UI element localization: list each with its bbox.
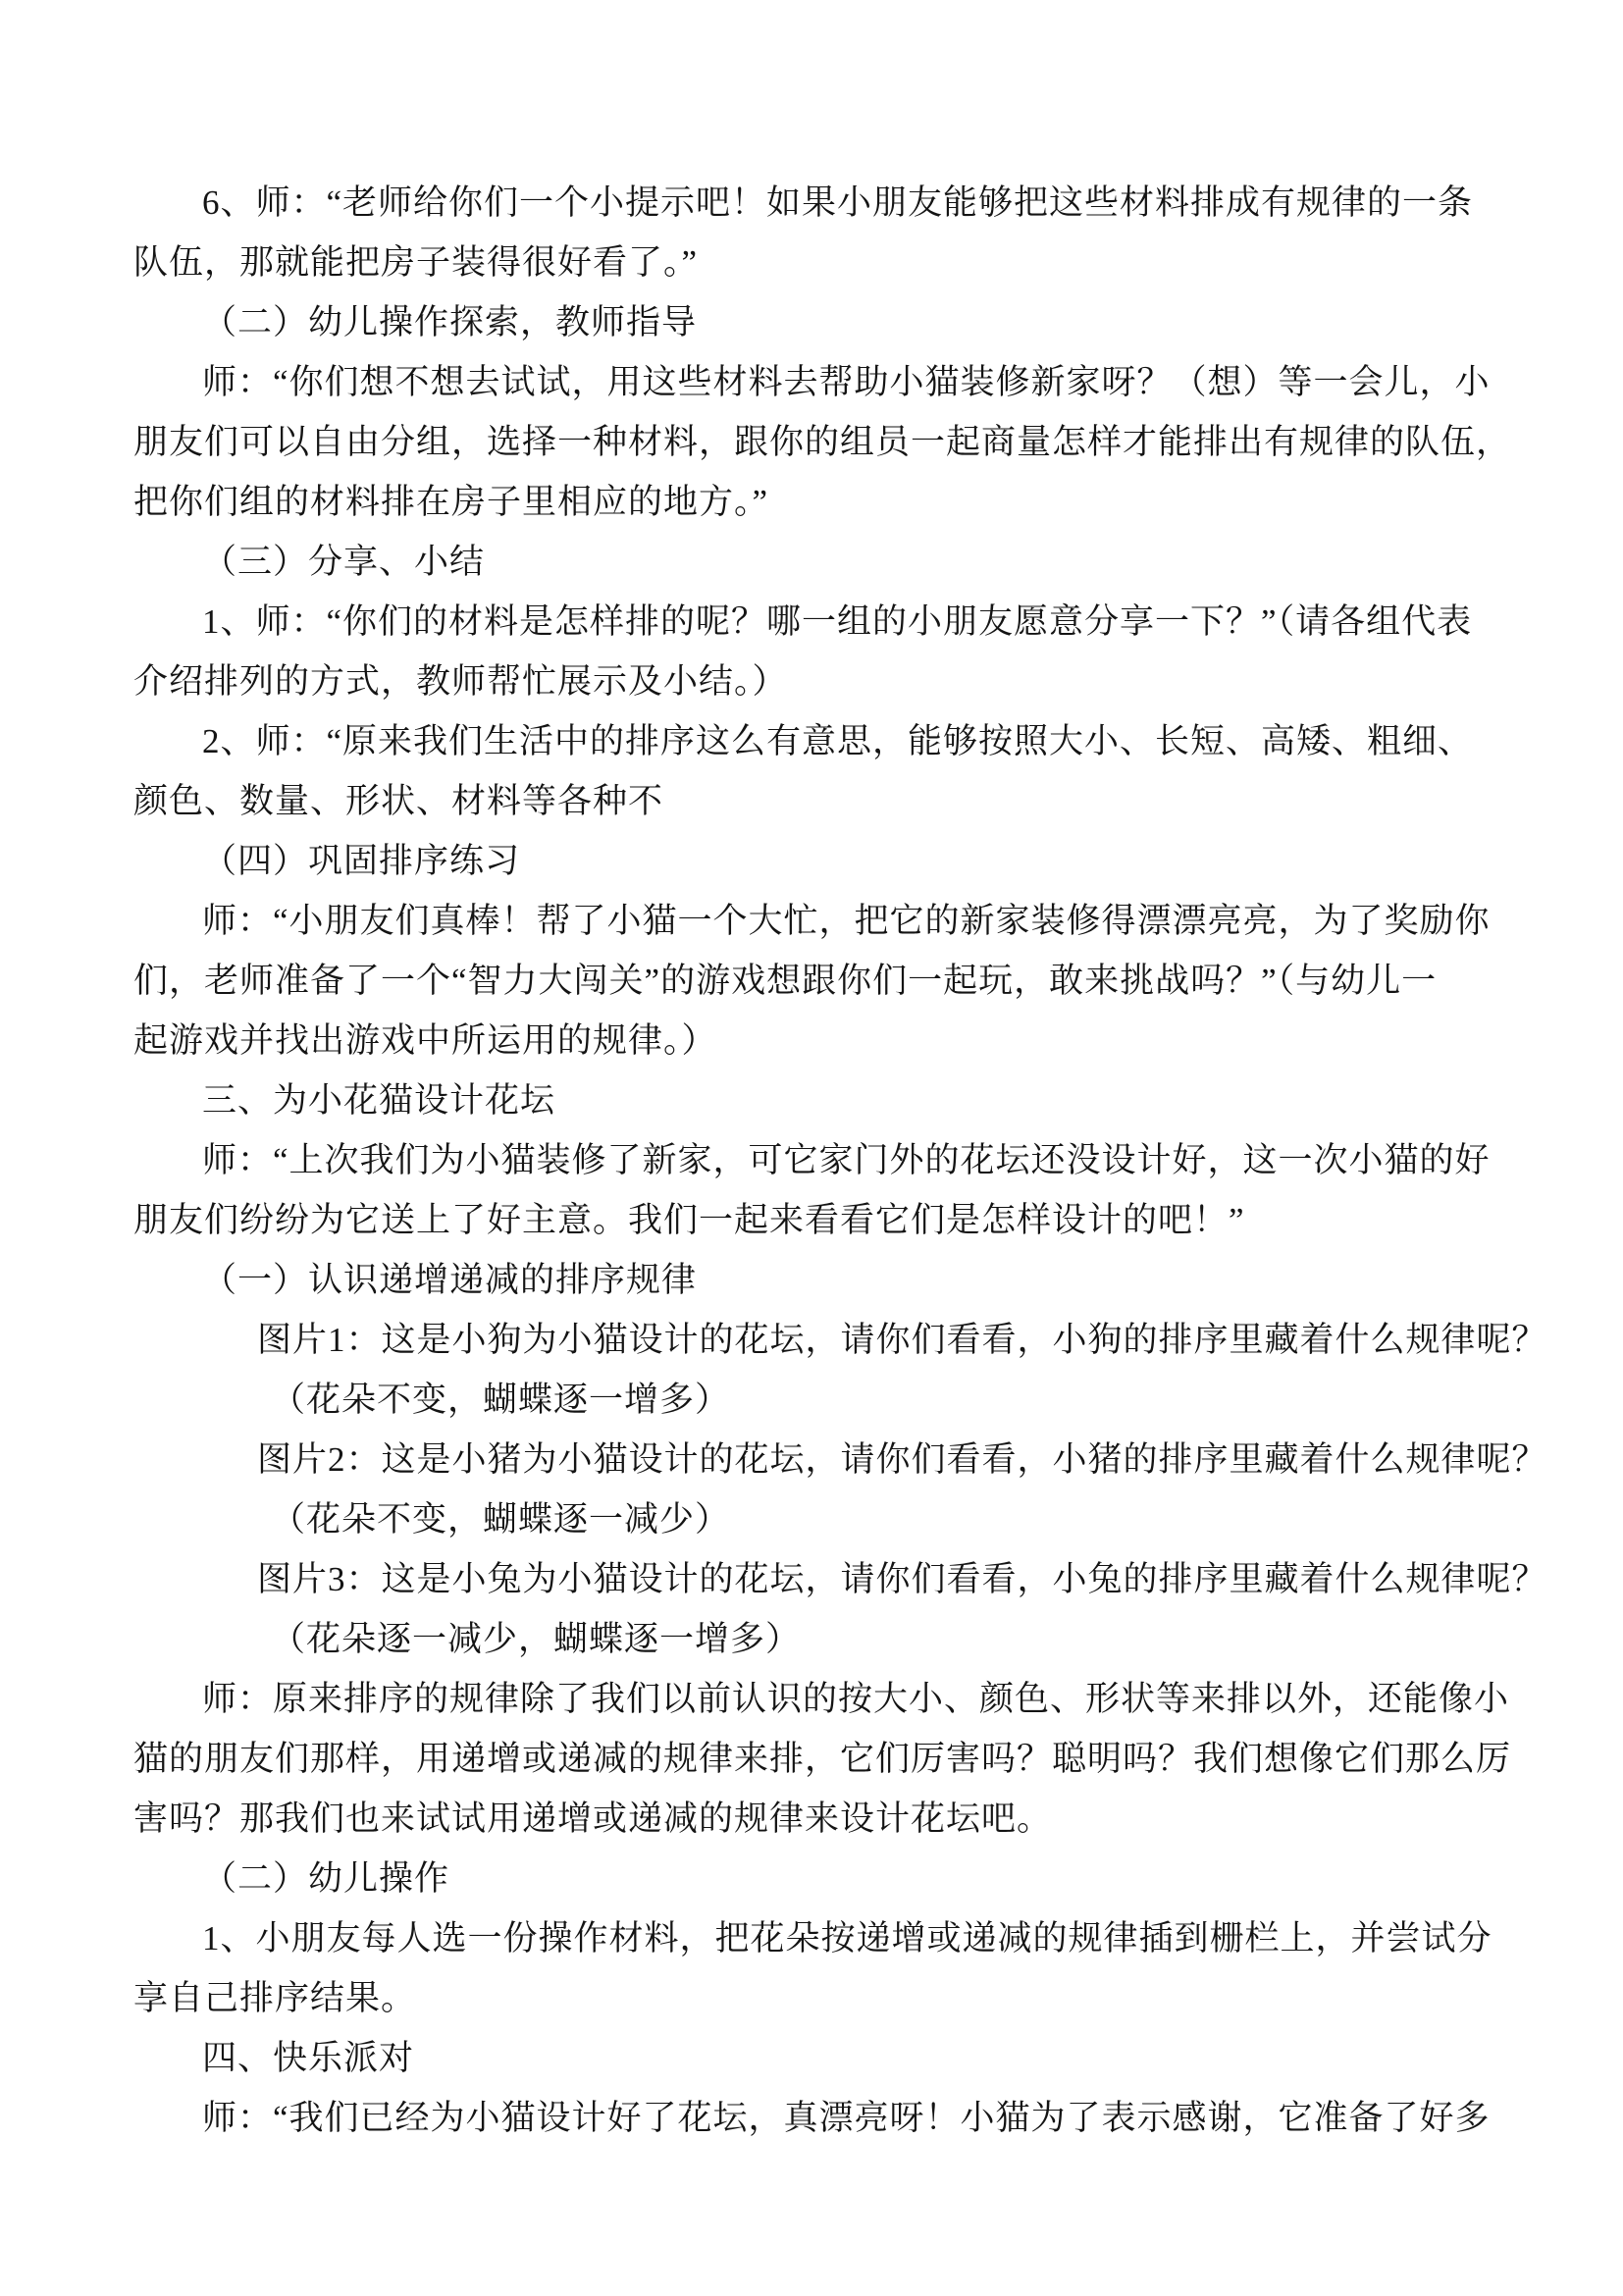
text-line: 师：原来排序的规律除了我们以前认识的按大小、颜色、形状等来排以外，还能像小 [133,1669,1488,1729]
text-line: 师：“小朋友们真棒！帮了小猫一个大忙，把它的新家装修得漂漂亮亮，为了奖励你 [133,891,1488,951]
text-line: 朋友们纷纷为它送上了好主意。我们一起来看看它们是怎样设计的吧！” [133,1190,1488,1250]
section-heading-line: 三、为小花猫设计花坛 [133,1070,1488,1130]
text-line: 起游戏并找出游戏中所运用的规律。） [133,1011,1488,1070]
text-line: 们，老师准备了一个“智力大闯关”的游戏想跟你们一起玩，敢来挑战吗？”（与幼儿一 [133,951,1488,1011]
section-heading-line: （二）幼儿操作 [133,1849,1488,1908]
text-line: 师：“我们已经为小猫设计好了花坛，真漂亮呀！小猫为了表示感谢，它准备了好多 [133,2088,1488,2148]
text-line: （花朵不变，蝴蝶逐一减少） [133,1489,1488,1549]
text-line: 2、师：“原来我们生活中的排序这么有意思，能够按照大小、长短、高矮、粗细、 [133,711,1488,771]
text-line: 享自己排序结果。 [133,1968,1488,2028]
text-line: 图片2：这是小猪为小猫设计的花坛，请你们看看，小猪的排序里藏着什么规律呢？ [133,1430,1488,1489]
document-page: 6、师：“老师给你们一个小提示吧！如果小朋友能够把这些材料排成有规律的一条 队伍… [0,0,1623,2296]
text-line: （花朵不变，蝴蝶逐一增多） [133,1370,1488,1430]
text-line: 师：“上次我们为小猫装修了新家，可它家门外的花坛还没设计好，这一次小猫的好 [133,1130,1488,1190]
text-line: 队伍，那就能把房子装得很好看了。” [133,233,1488,292]
section-heading-line: （三）分享、小结 [133,532,1488,592]
text-line: 把你们组的材料排在房子里相应的地方。” [133,472,1488,532]
text-line: 师：“你们想不想去试试，用这些材料去帮助小猫装修新家呀？（想）等一会儿，小 [133,352,1488,412]
text-line: 1、师：“你们的材料是怎样排的呢？哪一组的小朋友愿意分享一下？”（请各组代表 [133,592,1488,652]
section-heading-line: （四）巩固排序练习 [133,831,1488,891]
section-heading-line: （一）认识递增递减的排序规律 [133,1250,1488,1310]
section-heading-line: 四、快乐派对 [133,2028,1488,2088]
text-line: 猫的朋友们那样，用递增或递减的规律来排，它们厉害吗？聪明吗？我们想像它们那么厉 [133,1729,1488,1789]
text-line: 朋友们可以自由分组，选择一种材料，跟你的组员一起商量怎样才能排出有规律的队伍， [133,412,1488,472]
section-heading-line: （二）幼儿操作探索，教师指导 [133,292,1488,352]
text-line: （花朵逐一减少，蝴蝶逐一增多） [133,1609,1488,1669]
text-line: 颜色、数量、形状、材料等各种不 [133,771,1488,831]
text-line: 害吗？那我们也来试试用递增或递减的规律来设计花坛吧。 [133,1789,1488,1849]
document-text-block: 6、师：“老师给你们一个小提示吧！如果小朋友能够把这些材料排成有规律的一条 队伍… [133,173,1488,2148]
text-line: 1、小朋友每人选一份操作材料，把花朵按递增或递减的规律插到栅栏上，并尝试分 [133,1908,1488,1968]
text-line: 介绍排列的方式，教师帮忙展示及小结。） [133,652,1488,711]
text-line: 6、师：“老师给你们一个小提示吧！如果小朋友能够把这些材料排成有规律的一条 [133,173,1488,233]
text-line: 图片1：这是小狗为小猫设计的花坛，请你们看看，小狗的排序里藏着什么规律呢？ [133,1310,1488,1370]
text-line: 图片3：这是小兔为小猫设计的花坛，请你们看看，小兔的排序里藏着什么规律呢？ [133,1549,1488,1609]
